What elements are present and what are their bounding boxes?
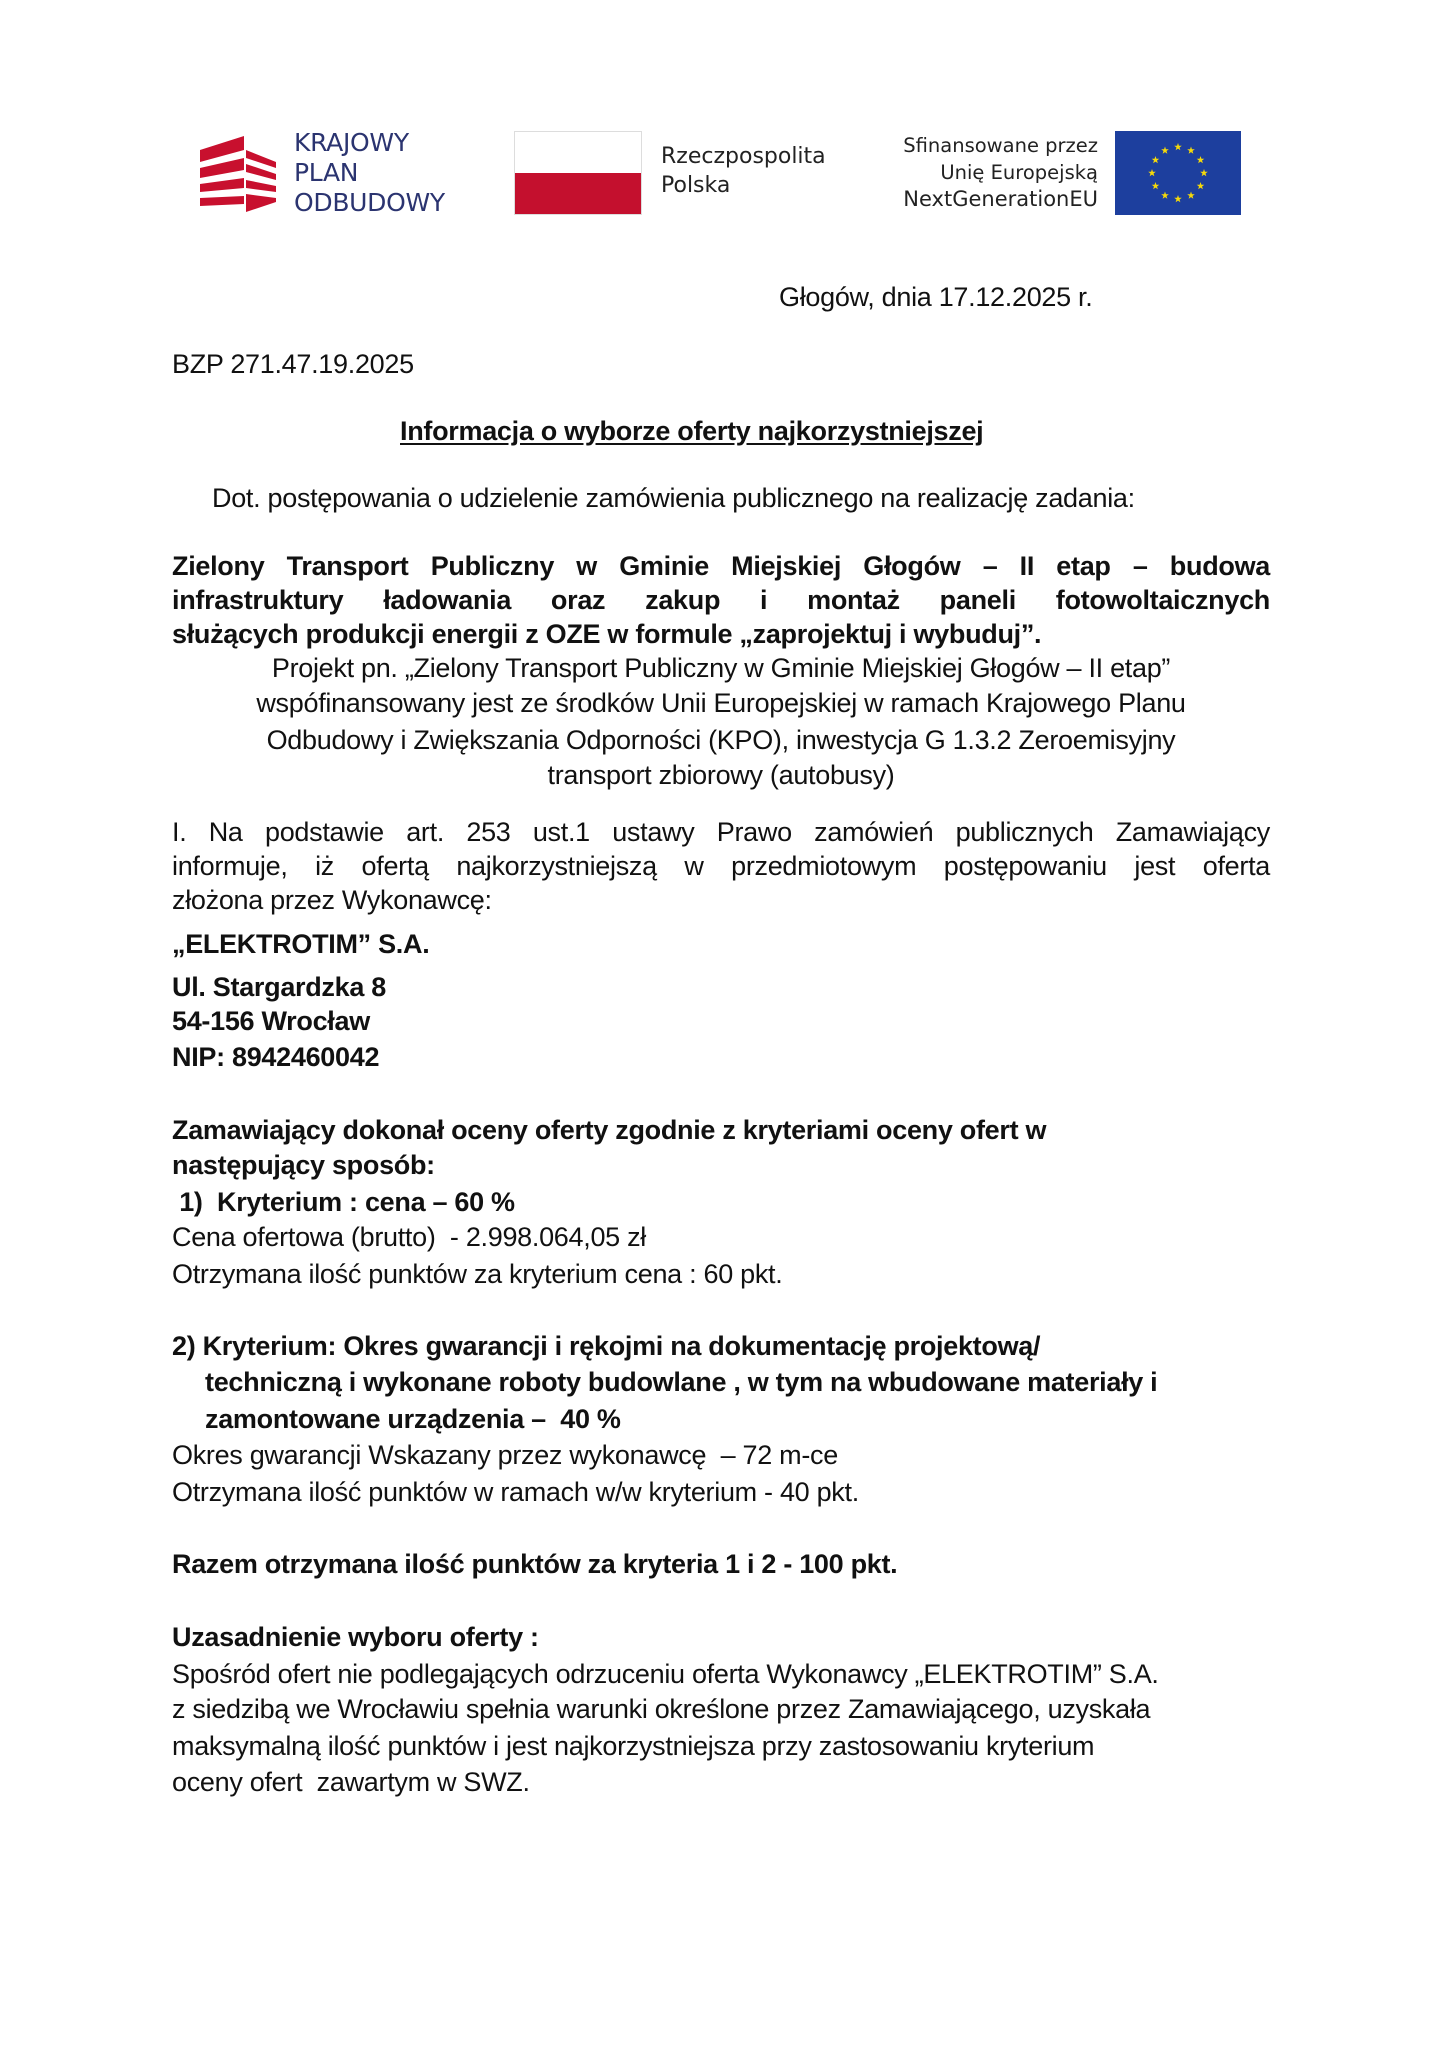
total-points: Razem otrzymana ilość punktów za kryteri… — [172, 1547, 897, 1581]
contractor-nip: NIP: 8942460042 — [172, 1040, 379, 1074]
criterion-1-price: Cena ofertowa (brutto) - 2.998.064,05 zł — [172, 1220, 646, 1254]
reference-number: BZP 271.47.19.2025 — [172, 347, 414, 381]
justification-heading: Uzasadnienie wyboru oferty : — [172, 1620, 539, 1654]
eu-funding-text: Sfinansowane przez Unię Europejską NextG… — [880, 132, 1098, 213]
contractor-street: Ul. Stargardzka 8 — [172, 970, 386, 1004]
criterion-1-heading: 1) Kryterium : cena – 60 % — [172, 1185, 515, 1219]
eu-flag-icon — [1115, 131, 1241, 215]
document-title: Informacja o wyborze oferty najkorzystni… — [400, 414, 983, 448]
kpo-building-icon — [198, 132, 278, 216]
poland-flag-icon — [514, 131, 642, 215]
subject-intro: Dot. postępowania o udzielenie zamówieni… — [212, 481, 1135, 515]
criterion-2-heading: 2) Kryterium: Okres gwarancji i rękojmi … — [172, 1329, 1040, 1363]
contractor-name: „ELEKTROTIM” S.A. — [172, 927, 429, 961]
place-date: Głogów, dnia 17.12.2025 r. — [779, 280, 1092, 314]
contractor-city: 54-156 Wrocław — [172, 1004, 370, 1038]
criterion-2-warranty: Okres gwarancji Wskazany przez wykonawcę… — [172, 1438, 838, 1472]
kpo-logo-text: KRAJOWY PLAN ODBUDOWY — [294, 128, 445, 218]
criterion-1-points: Otrzymana ilość punktów za kryterium cen… — [172, 1257, 782, 1291]
poland-logo-text: Rzeczpospolita Polska — [661, 142, 826, 200]
criterion-2-points: Otrzymana ilość punktów w ramach w/w kry… — [172, 1475, 859, 1509]
